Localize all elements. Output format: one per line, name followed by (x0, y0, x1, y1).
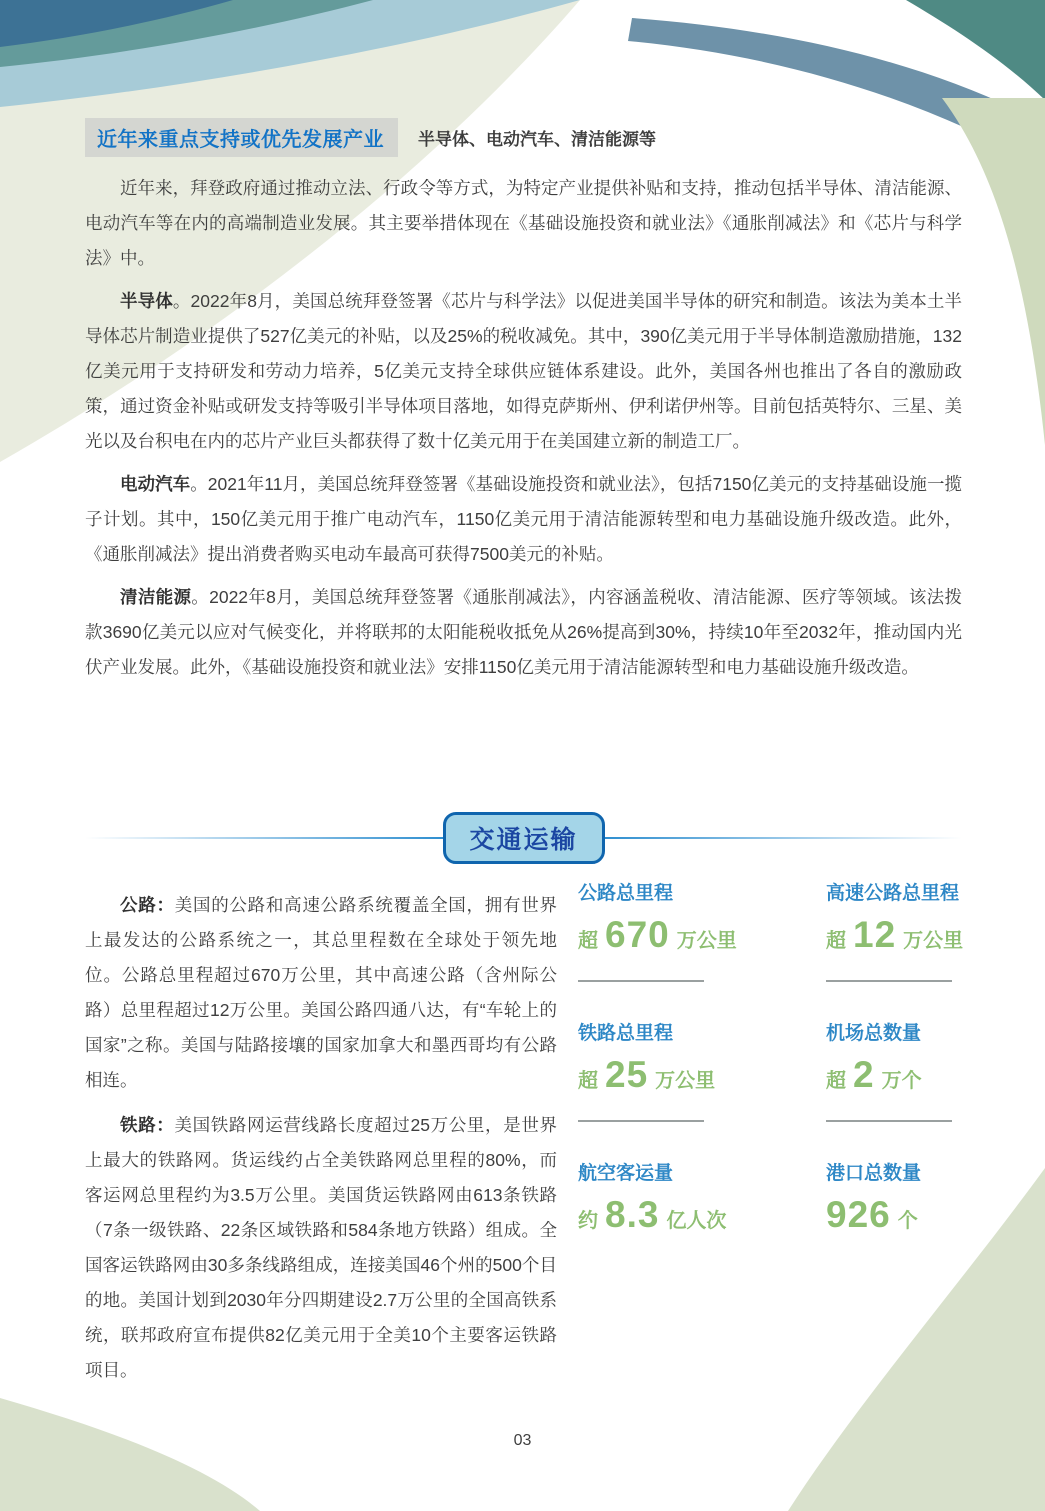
industry-paragraph-intro: 近年来，拜登政府通过推动立法、行政令等方式，为特定产业提供补贴和支持，推动包括半… (85, 171, 962, 276)
stat-airport-count: 机场总数量 超 2 万个 (826, 1020, 988, 1160)
stat-value: 超 2 万个 (826, 1054, 922, 1096)
stat-number: 12 (853, 914, 896, 956)
paragraph-text: 美国铁路网运营线路长度超过25万公里，是世界上最大的铁路网。货运线约占全美铁路网… (85, 1115, 557, 1380)
section-subtitle: 半导体、电动汽车、清洁能源等 (418, 125, 656, 150)
stat-number: 8.3 (605, 1194, 659, 1236)
stat-divider-line (578, 980, 704, 982)
stat-unit: 个 (898, 1204, 918, 1233)
stat-unit: 万公里 (677, 924, 737, 953)
stat-highway-mileage: 公路总里程 超 670 万公里 (578, 880, 826, 1020)
stat-value: 超 25 万公里 (578, 1054, 715, 1096)
paragraph-lead: 公路： (120, 895, 175, 915)
stat-divider-line (826, 980, 952, 982)
stat-air-passenger-volume: 航空客运量 约 8.3 亿人次 (578, 1160, 826, 1300)
transport-paragraph-railway: 铁路：美国铁路网运营线路长度超过25万公里，是世界上最大的铁路网。货运线约占全美… (85, 1108, 557, 1388)
stat-number: 25 (605, 1054, 648, 1096)
stat-port-count: 港口总数量 926 个 (826, 1160, 988, 1300)
stat-label: 高速公路总里程 (826, 880, 959, 908)
industry-header: 近年来重点支持或优先发展产业 半导体、电动汽车、清洁能源等 (85, 118, 962, 157)
stat-unit: 万个 (882, 1064, 922, 1093)
stat-number: 670 (605, 914, 670, 956)
stat-value: 超 670 万公里 (578, 914, 737, 956)
industry-paragraph-ev: 电动汽车。2021年11月，美国总统拜登签署《基础设施投资和就业法》，包括715… (85, 467, 962, 572)
stat-label: 铁路总里程 (578, 1020, 673, 1048)
stat-value: 926 个 (826, 1194, 918, 1236)
page-content: 近年来重点支持或优先发展产业 半导体、电动汽车、清洁能源等 近年来，拜登政府通过… (0, 0, 1045, 1511)
paragraph-lead: 铁路： (120, 1115, 174, 1135)
transport-paragraph-highway: 公路：美国的公路和高速公路系统覆盖全国，拥有世界上最发达的公路系统之一，其总里程… (85, 888, 557, 1098)
stat-value: 超 12 万公里 (826, 914, 963, 956)
paragraph-text: 美国的公路和高速公路系统覆盖全国，拥有世界上最发达的公路系统之一，其总里程数在全… (85, 895, 557, 1090)
stat-unit: 亿人次 (666, 1204, 726, 1233)
stat-prefix: 约 (578, 1204, 598, 1233)
stat-prefix: 超 (826, 924, 846, 953)
paragraph-text: 。2022年8月，美国总统拜登签署《通胀削减法》，内容涵盖税收、清洁能源、医疗等… (85, 587, 962, 677)
stat-divider-line (578, 1120, 704, 1122)
stat-label: 港口总数量 (826, 1160, 921, 1188)
industry-paragraph-semiconductor: 半导体。2022年8月，美国总统拜登签署《芯片与科学法》以促进美国半导体的研究和… (85, 284, 962, 459)
paragraph-lead: 电动汽车 (120, 474, 190, 494)
paragraph-text: 。2021年11月，美国总统拜登签署《基础设施投资和就业法》，包括7150亿美元… (85, 474, 962, 564)
document-page: 近年来重点支持或优先发展产业 半导体、电动汽车、清洁能源等 近年来，拜登政府通过… (0, 0, 1045, 1511)
stat-number: 2 (853, 1054, 875, 1096)
stat-number: 926 (826, 1194, 891, 1236)
stat-railway-mileage: 铁路总里程 超 25 万公里 (578, 1020, 826, 1160)
divider-line-left (85, 837, 443, 839)
page-number: 03 (0, 1432, 1045, 1450)
stat-unit: 万公里 (903, 924, 963, 953)
transport-section-title: 交通运输 (443, 812, 605, 864)
paragraph-text: 近年来，拜登政府通过推动立法、行政令等方式，为特定产业提供补贴和支持，推动包括半… (85, 178, 962, 268)
stat-label: 航空客运量 (578, 1160, 673, 1188)
section-badge-title: 近年来重点支持或优先发展产业 (85, 118, 398, 157)
industry-paragraph-clean-energy: 清洁能源。2022年8月，美国总统拜登签署《通胀削减法》，内容涵盖税收、清洁能源… (85, 580, 962, 685)
stat-prefix: 超 (826, 1064, 846, 1093)
paragraph-text: 。2022年8月，美国总统拜登签署《芯片与科学法》以促进美国半导体的研究和制造。… (85, 291, 962, 451)
transport-text-column: 公路：美国的公路和高速公路系统覆盖全国，拥有世界上最发达的公路系统之一，其总里程… (85, 878, 557, 1388)
stat-divider-line (826, 1120, 952, 1122)
paragraph-lead: 清洁能源 (120, 587, 191, 607)
transport-section-divider: 交通运输 (85, 812, 962, 864)
paragraph-lead: 半导体 (120, 291, 173, 311)
stat-label: 公路总里程 (578, 880, 673, 908)
stat-prefix: 超 (578, 924, 598, 953)
transport-stats-grid: 公路总里程 超 670 万公里 高速公路总里程 超 12 万公里 铁路总里程 (578, 880, 988, 1300)
stat-label: 机场总数量 (826, 1020, 921, 1048)
stat-prefix: 超 (578, 1064, 598, 1093)
divider-line-right (605, 837, 963, 839)
industry-section: 近年来重点支持或优先发展产业 半导体、电动汽车、清洁能源等 近年来，拜登政府通过… (85, 118, 962, 685)
stat-value: 约 8.3 亿人次 (578, 1194, 726, 1236)
stat-unit: 万公里 (655, 1064, 715, 1093)
stat-expressway-mileage: 高速公路总里程 超 12 万公里 (826, 880, 988, 1020)
